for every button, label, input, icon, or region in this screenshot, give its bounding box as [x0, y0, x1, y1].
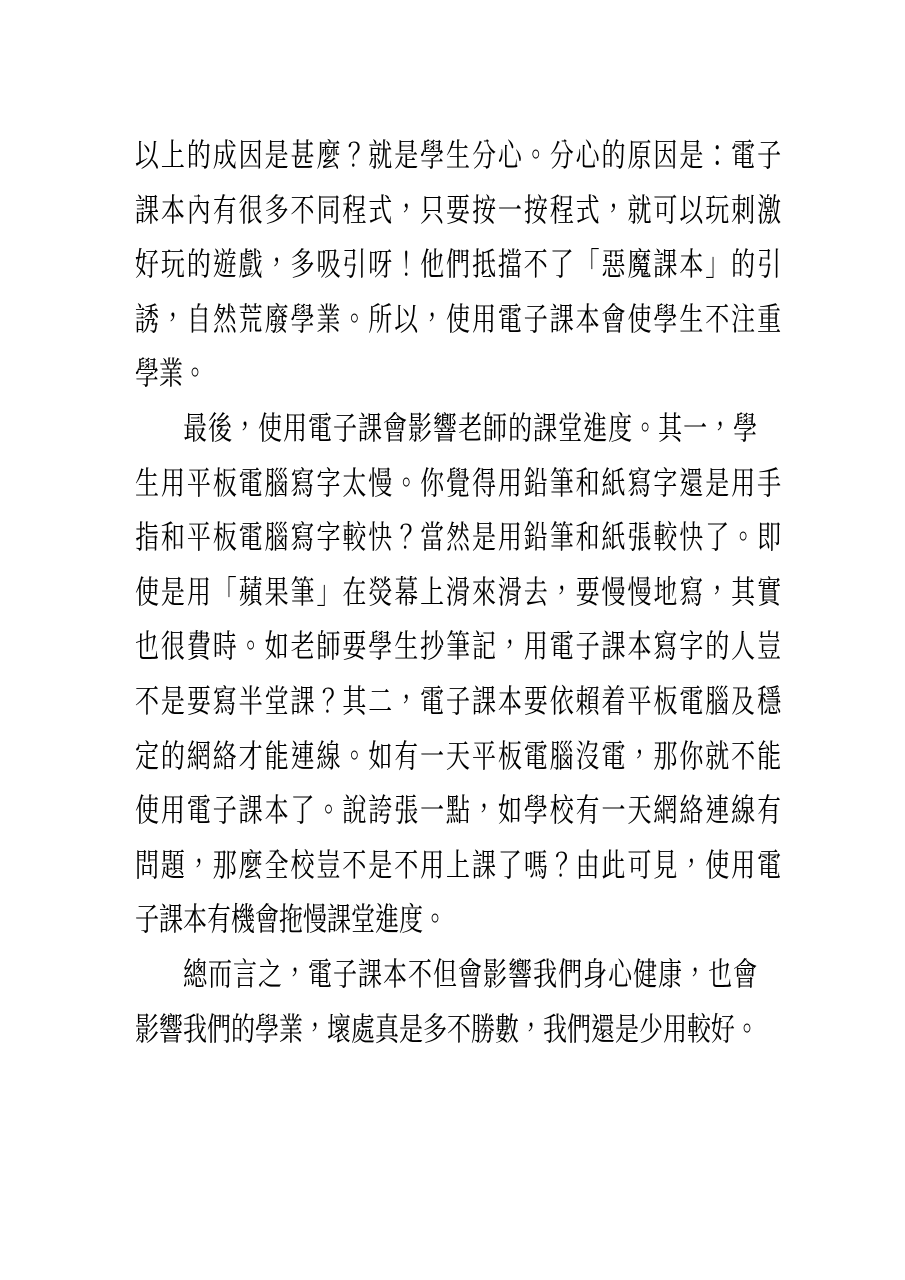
text-line: 誘，自然荒廢學業。所以，使用電子課本會使學生不注重: [135, 292, 783, 347]
text-line: 使用電子課本了。說誇張一點，如學校有一天網絡連線有: [135, 783, 783, 838]
text-line: 影響我們的學業，壞處真是多不勝數，我們還是少用較好。: [135, 1002, 783, 1057]
text-line: 不是要寫半堂課？其二，電子課本要依賴着平板電腦及穩: [135, 674, 783, 729]
text-line: 使是用「蘋果筆」在熒幕上滑來滑去，要慢慢地寫，其實: [135, 565, 783, 620]
text-line: 也很費時。如老師要學生抄筆記，用電子課本寫字的人豈: [135, 619, 783, 674]
text-line: 最後，使用電子課會影響老師的課堂進度。其一，學: [135, 401, 783, 456]
text-line: 以上的成因是甚麼？就是學生分心。分心的原因是：電子: [135, 128, 783, 183]
text-line: 子課本有機會拖慢課堂進度。: [135, 892, 783, 947]
text-line: 課本內有很多不同程式，只要按一按程式，就可以玩刺激: [135, 183, 783, 238]
text-line: 問題，那麼全校豈不是不用上課了嗎？由此可見，使用電: [135, 838, 783, 893]
document-body: 以上的成因是甚麼？就是學生分心。分心的原因是：電子 課本內有很多不同程式，只要按…: [135, 128, 905, 1056]
text-line: 學業。: [135, 346, 783, 401]
text-line: 好玩的遊戲，多吸引呀！他們抵擋不了「惡魔課本」的引: [135, 237, 783, 292]
text-line: 總而言之，電子課本不但會影響我們身心健康，也會: [135, 947, 783, 1002]
text-line: 定的網絡才能連線。如有一天平板電腦沒電，那你就不能: [135, 729, 783, 784]
text-line: 生用平板電腦寫字太慢。你覺得用鉛筆和紙寫字還是用手: [135, 456, 783, 511]
text-line: 指和平板電腦寫字較快？當然是用鉛筆和紙張較快了。即: [135, 510, 783, 565]
document-page: 以上的成因是甚麼？就是學生分心。分心的原因是：電子 課本內有很多不同程式，只要按…: [0, 0, 905, 1280]
